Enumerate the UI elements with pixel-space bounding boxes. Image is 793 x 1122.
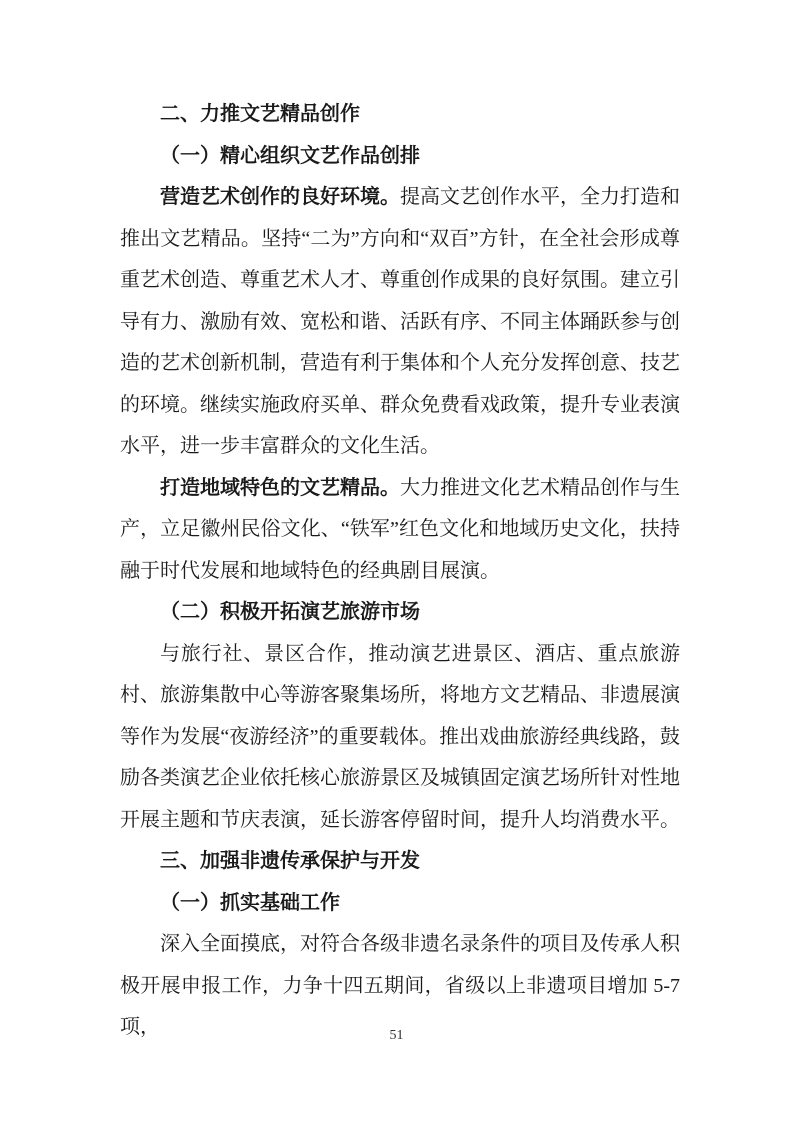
document-page: 二、力推文艺精品创作 （一）精心组织文艺作品创排 营造艺术创作的良好环境。提高文… [0,0,793,1122]
paragraph-text: 提高文艺创作水平，全力打造和推出文艺精品。坚持“二为”方向和“双百”方针，在全社… [120,186,680,457]
paragraph-text: 深入全面摸底，对符合各级非遗名录条件的项目及传承人积极开展申报工作，力争十四五期… [120,933,680,1038]
document-body: 二、力推文艺精品创作 （一）精心组织文艺作品创排 营造艺术创作的良好环境。提高文… [120,94,680,1049]
subsection-heading-2-1: （一）精心组织文艺作品创排 [120,136,680,178]
section-heading-2: 二、力推文艺精品创作 [120,94,680,136]
paragraph-performing-tourism: 与旅行社、景区合作，推动演艺进景区、酒店、重点旅游村、旅游集散中心等游客聚集场所… [120,634,680,842]
subsection-heading-3-1: （一）抓实基础工作 [120,883,680,925]
paragraph-art-environment: 营造艺术创作的良好环境。提高文艺创作水平，全力打造和推出文艺精品。坚持“二为”方… [120,177,680,468]
paragraph-lead: 营造艺术创作的良好环境。 [160,186,400,208]
paragraph-regional-works: 打造地域特色的文艺精品。大力推进文化艺术精品创作与生产，立足徽州民俗文化、“铁军… [120,468,680,593]
section-heading-3: 三、加强非遗传承保护与开发 [120,841,680,883]
subsection-heading-2-2: （二）积极开拓演艺旅游市场 [120,592,680,634]
page-number: 51 [0,1026,793,1046]
paragraph-text: 与旅行社、景区合作，推动演艺进景区、酒店、重点旅游村、旅游集散中心等游客聚集场所… [120,643,680,831]
paragraph-lead: 打造地域特色的文艺精品。 [160,477,400,499]
